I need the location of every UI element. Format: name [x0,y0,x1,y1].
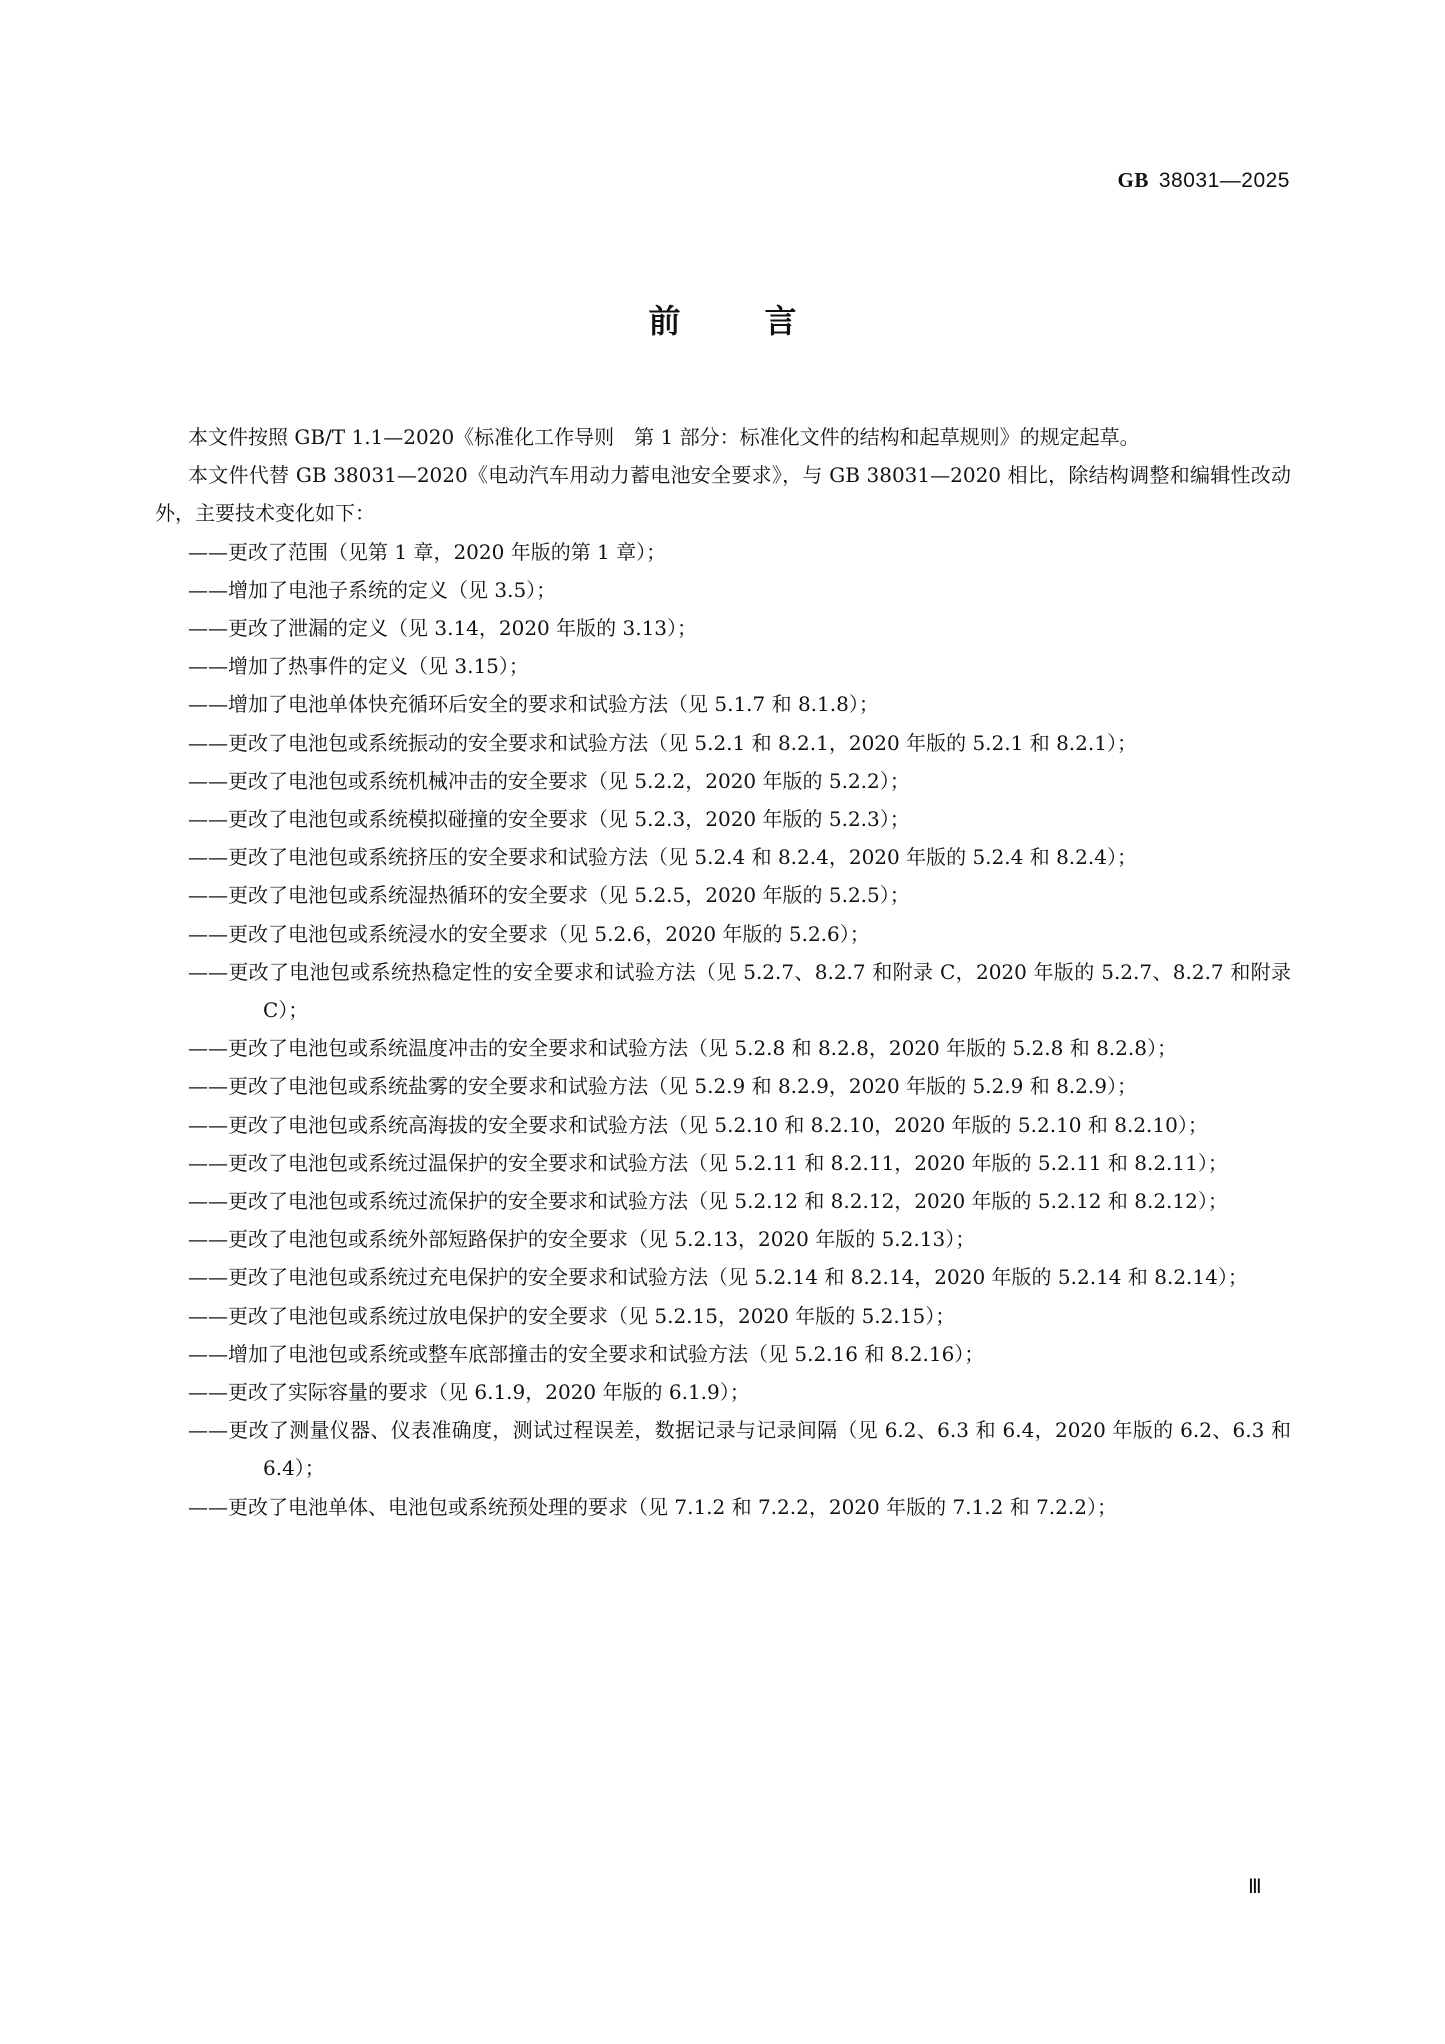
list-item: ——更改了电池包或系统过充电保护的安全要求和试验方法（见 5.2.14 和 8.… [155,1258,1291,1296]
page-title: 前言 [0,296,1445,342]
standard-header: GB38031—2025 [1118,168,1290,193]
list-item: ——更改了电池包或系统过放电保护的安全要求（见 5.2.15，2020 年版的 … [155,1297,1291,1335]
title-char-2: 言 [765,296,797,342]
list-item: ——更改了电池包或系统浸水的安全要求（见 5.2.6，2020 年版的 5.2.… [155,915,1291,953]
list-item: ——更改了电池包或系统高海拔的安全要求和试验方法（见 5.2.10 和 8.2.… [155,1106,1291,1144]
list-item: ——更改了电池包或系统挤压的安全要求和试验方法（见 5.2.4 和 8.2.4，… [155,838,1291,876]
list-item: ——更改了实际容量的要求（见 6.1.9，2020 年版的 6.1.9）； [155,1373,1291,1411]
list-item: ——更改了电池包或系统外部短路保护的安全要求（见 5.2.13，2020 年版的… [155,1220,1291,1258]
list-item: ——更改了电池包或系统盐雾的安全要求和试验方法（见 5.2.9 和 8.2.9，… [155,1067,1291,1105]
paragraph-replacement-note: 本文件代替 GB 38031—2020《电动汽车用动力蓄电池安全要求》，与 GB… [155,456,1291,532]
list-item: ——更改了电池包或系统过温保护的安全要求和试验方法（见 5.2.11 和 8.2… [155,1144,1291,1182]
list-item: ——增加了电池子系统的定义（见 3.5）； [155,571,1291,609]
list-item: ——更改了电池包或系统振动的安全要求和试验方法（见 5.2.1 和 8.2.1，… [155,724,1291,762]
list-item: ——更改了电池包或系统机械冲击的安全要求（见 5.2.2，2020 年版的 5.… [155,762,1291,800]
standard-number: 38031—2025 [1159,169,1290,192]
list-item: ——更改了电池包或系统湿热循环的安全要求（见 5.2.5，2020 年版的 5.… [155,876,1291,914]
list-item: ——更改了电池包或系统模拟碰撞的安全要求（见 5.2.3，2020 年版的 5.… [155,800,1291,838]
list-item: ——增加了电池包或系统或整车底部撞击的安全要求和试验方法（见 5.2.16 和 … [155,1335,1291,1373]
list-item: ——更改了电池包或系统过流保护的安全要求和试验方法（见 5.2.12 和 8.2… [155,1182,1291,1220]
page-number: Ⅲ [1248,1874,1262,1899]
list-item: ——更改了电池单体、电池包或系统预处理的要求（见 7.1.2 和 7.2.2，2… [155,1488,1291,1526]
foreword-body: 本文件按照 GB/T 1.1—2020《标准化工作导则 第 1 部分：标准化文件… [155,418,1291,1526]
title-char-1: 前 [648,296,680,342]
list-item: ——更改了范围（见第 1 章，2020 年版的第 1 章）； [155,533,1291,571]
list-item: ——更改了电池包或系统温度冲击的安全要求和试验方法（见 5.2.8 和 8.2.… [155,1029,1291,1067]
list-item: ——增加了热事件的定义（见 3.15）； [155,647,1291,685]
list-item: ——更改了泄漏的定义（见 3.14，2020 年版的 3.13）； [155,609,1291,647]
standard-prefix: GB [1118,168,1149,192]
list-item: ——更改了测量仪器、仪表准确度，测试过程误差，数据记录与记录间隔（见 6.2、6… [155,1411,1291,1487]
list-item: ——更改了电池包或系统热稳定性的安全要求和试验方法（见 5.2.7、8.2.7 … [155,953,1291,1029]
list-item: ——增加了电池单体快充循环后安全的要求和试验方法（见 5.1.7 和 8.1.8… [155,685,1291,723]
paragraph-drafting-rules: 本文件按照 GB/T 1.1—2020《标准化工作导则 第 1 部分：标准化文件… [155,418,1291,456]
changes-list: ——更改了范围（见第 1 章，2020 年版的第 1 章）； ——增加了电池子系… [155,533,1291,1526]
